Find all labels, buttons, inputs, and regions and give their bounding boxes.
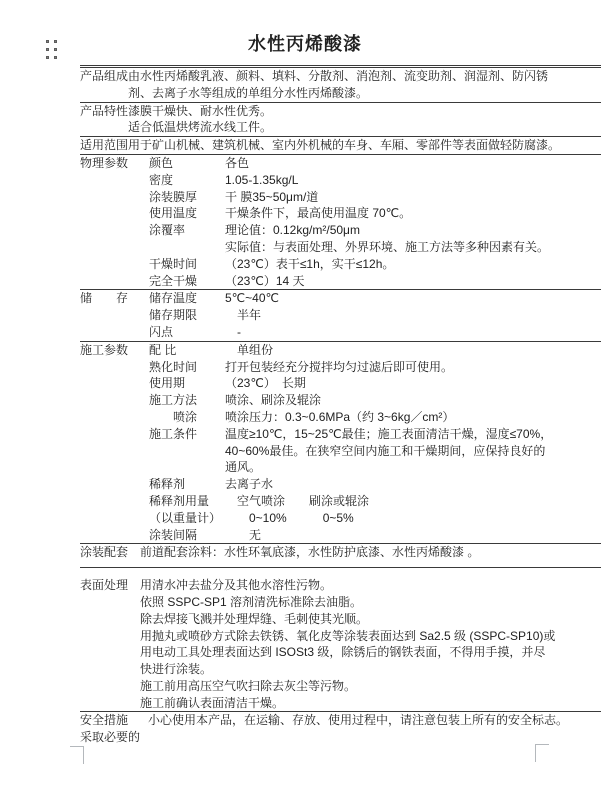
- param-name: 稀释剂用量: [128, 493, 225, 510]
- param-value: 5℃~40℃: [225, 290, 601, 307]
- param-name: 喷涂: [128, 409, 225, 426]
- text-line: 适合低温烘烤流水线工件。: [128, 119, 601, 136]
- param-row: 涂装间隔 无: [128, 527, 601, 544]
- param-row: 涂装膜厚干 膜35~50μm/道: [128, 189, 601, 206]
- section-label-surface: 表面处理: [80, 577, 128, 711]
- param-row: 喷涂喷涂压力：0.3~0.6MPa（约 3~6kg／cm²）: [128, 409, 601, 426]
- param-name: 涂装膜厚: [128, 189, 225, 206]
- param-value: 温度≥10℃，15~25℃最佳；施工表面清洁干燥，湿度≤70%，: [225, 426, 601, 443]
- param-row: （以重量计） 0~10% 0~5%: [128, 510, 601, 527]
- param-value: 实际值：与表面处理、外界环境、施工方法等多种因素有关。: [225, 239, 601, 256]
- param-row: 干燥时间（23℃）表干≤1h，实干≤12h。: [128, 256, 601, 273]
- page-margin-mark-right: [535, 744, 549, 762]
- param-row: 施工方法喷涂、刷涂及辊涂: [128, 392, 601, 409]
- section-physical: 物理参数颜色各色密度1.05-1.35kg/L涂装膜厚干 膜35~50μm/道使…: [80, 154, 601, 289]
- param-name: 储存期限: [128, 307, 225, 324]
- handle-dot: [54, 48, 57, 51]
- section-scope: 适用范围用于矿山机械、建筑机械、室内外机械的车身、车厢、零部件等表面做轻防腐漆。: [80, 136, 601, 154]
- text-line: 施工前确认表面清洁干燥。: [140, 695, 601, 712]
- param-row: 完全干燥（23℃）14 天: [128, 273, 601, 290]
- text-line: 由水性丙烯酸乳液、颜料、填料、分散剂、消泡剂、流变助剂、润湿剂、防闪锈: [128, 68, 601, 85]
- param-row: 闪点 -: [128, 324, 601, 341]
- param-name: 干燥时间: [128, 256, 225, 273]
- section-label-scope: 适用范围: [80, 137, 128, 154]
- section-composition: 产品组成由水性丙烯酸乳液、颜料、填料、分散剂、消泡剂、流变助剂、润湿剂、防闪锈剂…: [80, 65, 601, 102]
- handle-dot: [54, 56, 57, 59]
- section-content-safety: 小心使用本产品，在运输、存放、使用过程中，请注意包装上所有的安全标志。: [128, 712, 601, 729]
- param-row: 稀释剂用量 空气喷涂 刷涂或辊涂: [128, 493, 601, 510]
- section-safety: 安全措施小心使用本产品，在运输、存放、使用过程中，请注意包装上所有的安全标志。: [80, 711, 601, 729]
- param-row: 配 比 单组份: [128, 342, 601, 359]
- param-value: 干 膜35~50μm/道: [225, 189, 601, 206]
- section-label-storage: 储存: [80, 290, 128, 340]
- param-row: 实际值：与表面处理、外界环境、施工方法等多种因素有关。: [128, 239, 601, 256]
- text-line: 用电动工具处理表面达到 ISOSt3 级，除锈后的钢铁表面，不得用手摸，并尽: [140, 644, 601, 661]
- document-page: 水性丙烯酸漆 产品组成由水性丙烯酸乳液、颜料、填料、分散剂、消泡剂、流变助剂、润…: [0, 0, 610, 787]
- param-row: 涂覆率理论值：0.12kg/m²/50μm: [128, 222, 601, 239]
- handle-dot: [46, 40, 49, 43]
- param-name: 使用温度: [128, 205, 225, 222]
- param-row: 储存期限 半年: [128, 307, 601, 324]
- param-name: [128, 239, 225, 256]
- section-content-composition: 由水性丙烯酸乳液、颜料、填料、分散剂、消泡剂、流变助剂、润湿剂、防闪锈剂、去离子…: [128, 68, 601, 102]
- param-value: 40~60%最佳。在狭窄空间内施工和干燥期间，应保持良好的: [225, 443, 601, 460]
- param-row: 储存温度5℃~40℃: [128, 290, 601, 307]
- text-line: 除去焊接飞溅并处理焊缝、毛刺使其光顺。: [140, 611, 601, 628]
- param-value: 打开包装经充分搅拌均匀过滤后即可使用。: [225, 359, 601, 376]
- param-value: 喷涂压力：0.3~0.6MPa（约 3~6kg／cm²）: [225, 409, 601, 426]
- param-row: 颜色各色: [128, 155, 601, 172]
- param-value: 无: [225, 527, 601, 544]
- param-name: [128, 443, 225, 460]
- param-name: 完全干燥: [128, 273, 225, 290]
- text-line: 施工前用高压空气吹扫除去灰尘等污物。: [140, 678, 601, 695]
- param-value: -: [225, 324, 601, 341]
- param-value: 单组份: [225, 342, 601, 359]
- param-name: 使用期: [128, 375, 225, 392]
- param-name: 闪点: [128, 324, 225, 341]
- param-value: 0~10% 0~5%: [225, 510, 601, 527]
- param-value: 去离子水: [225, 476, 601, 493]
- param-row: 使用期（23℃） 长期: [128, 375, 601, 392]
- section-storage: 储存储存温度5℃~40℃储存期限 半年闪点 -: [80, 289, 601, 340]
- param-name: 熟化时间: [128, 359, 225, 376]
- param-value: 空气喷涂 刷涂或辊涂: [225, 493, 601, 510]
- text-line: 用于矿山机械、建筑机械、室内外机械的车身、车厢、零部件等表面做轻防腐漆。: [128, 137, 601, 154]
- section-content-storage: 储存温度5℃~40℃储存期限 半年闪点 -: [128, 290, 601, 340]
- param-value: （23℃） 长期: [225, 375, 601, 392]
- handle-dot: [46, 56, 49, 59]
- text-line: 依照 SSPC-SP1 溶剂清洗标准除去油脂。: [140, 594, 601, 611]
- param-value: （23℃）14 天: [225, 273, 601, 290]
- param-name: 涂装间隔: [128, 527, 225, 544]
- param-name: [128, 459, 225, 476]
- text-line: 剂、去离子水等组成的单组分水性丙烯酸漆。: [128, 85, 601, 102]
- param-name: 颜色: [128, 155, 225, 172]
- section-content-features: 漆膜干燥快、耐水性优秀。适合低温烘烤流水线工件。: [128, 103, 601, 137]
- param-name: 施工条件: [128, 426, 225, 443]
- document-title: 水性丙烯酸漆: [0, 0, 610, 55]
- param-value: 通风。: [225, 459, 601, 476]
- table-drag-handle-icon[interactable]: [46, 40, 57, 59]
- param-name: 储存温度: [128, 290, 225, 307]
- text-line: 漆膜干燥快、耐水性优秀。: [128, 103, 601, 120]
- param-row: 施工条件温度≥10℃，15~25℃最佳；施工表面清洁干燥，湿度≤70%，: [128, 426, 601, 443]
- spec-table: 产品组成由水性丙烯酸乳液、颜料、填料、分散剂、消泡剂、流变助剂、润湿剂、防闪锈剂…: [80, 65, 601, 746]
- param-row: 使用温度干燥条件下，最高使用温度 70℃。: [128, 205, 601, 222]
- section-label-application: 施工参数: [80, 342, 128, 544]
- page-margin-mark-left: [70, 746, 84, 764]
- text-line: 用抛丸或喷砂方式除去铁锈、氧化皮等涂装表面达到 Sa2.5 级 (SSPC-SP…: [140, 628, 601, 645]
- section-label-matching: 涂装配套: [80, 544, 128, 561]
- param-value: 干燥条件下，最高使用温度 70℃。: [225, 205, 601, 222]
- param-value: 理论值：0.12kg/m²/50μm: [225, 222, 601, 239]
- param-value: 喷涂、刷涂及辊涂: [225, 392, 601, 409]
- text-line: 快进行涂装。: [140, 661, 601, 678]
- section-content-surface: 用清水冲去盐分及其他水溶性污物。依照 SSPC-SP1 溶剂清洗标准除去油脂。除…: [128, 577, 601, 711]
- safety-overflow-text: 采取必要的: [80, 729, 601, 746]
- param-value: 1.05-1.35kg/L: [225, 172, 601, 189]
- param-name: 密度: [128, 172, 225, 189]
- param-value: （23℃）表干≤1h，实干≤12h。: [225, 256, 601, 273]
- section-features: 产品特性漆膜干燥快、耐水性优秀。适合低温烘烤流水线工件。: [80, 102, 601, 137]
- text-line: 用清水冲去盐分及其他水溶性污物。: [140, 577, 601, 594]
- handle-dot: [46, 48, 49, 51]
- handle-dot: [54, 40, 57, 43]
- section-label-features: 产品特性: [80, 103, 128, 137]
- param-value: 各色: [225, 155, 601, 172]
- text-line: 小心使用本产品，在运输、存放、使用过程中，请注意包装上所有的安全标志。: [148, 712, 601, 729]
- param-name: 稀释剂: [128, 476, 225, 493]
- section-application: 施工参数配 比 单组份熟化时间打开包装经充分搅拌均匀过滤后即可使用。使用期（23…: [80, 341, 601, 544]
- section-content-physical: 颜色各色密度1.05-1.35kg/L涂装膜厚干 膜35~50μm/道使用温度干…: [128, 155, 601, 289]
- param-value: 半年: [225, 307, 601, 324]
- section-content-application: 配 比 单组份熟化时间打开包装经充分搅拌均匀过滤后即可使用。使用期（23℃） 长…: [128, 342, 601, 544]
- param-name: 涂覆率: [128, 222, 225, 239]
- param-row: 稀释剂去离子水: [128, 476, 601, 493]
- param-name: （以重量计）: [128, 510, 225, 527]
- section-content-scope: 用于矿山机械、建筑机械、室内外机械的车身、车厢、零部件等表面做轻防腐漆。: [128, 137, 601, 154]
- section-label-physical: 物理参数: [80, 155, 128, 289]
- param-name: 配 比: [128, 342, 225, 359]
- param-row: 熟化时间打开包装经充分搅拌均匀过滤后即可使用。: [128, 359, 601, 376]
- section-surface: 表面处理用清水冲去盐分及其他水溶性污物。依照 SSPC-SP1 溶剂清洗标准除去…: [80, 577, 601, 711]
- section-label-composition: 产品组成: [80, 68, 128, 102]
- param-row: 通风。: [128, 459, 601, 476]
- section-label-safety: 安全措施: [80, 712, 128, 729]
- section-content-matching: 前道配套涂料：水性环氧底漆，水性防护底漆、水性丙烯酸漆 。: [128, 544, 601, 561]
- param-row: 密度1.05-1.35kg/L: [128, 172, 601, 189]
- param-row: 40~60%最佳。在狭窄空间内施工和干燥期间，应保持良好的: [128, 443, 601, 460]
- section-matching: 涂装配套前道配套涂料：水性环氧底漆，水性防护底漆、水性丙烯酸漆 。: [80, 543, 601, 568]
- text-line: 前道配套涂料：水性环氧底漆，水性防护底漆、水性丙烯酸漆 。: [140, 544, 601, 561]
- param-name: 施工方法: [128, 392, 225, 409]
